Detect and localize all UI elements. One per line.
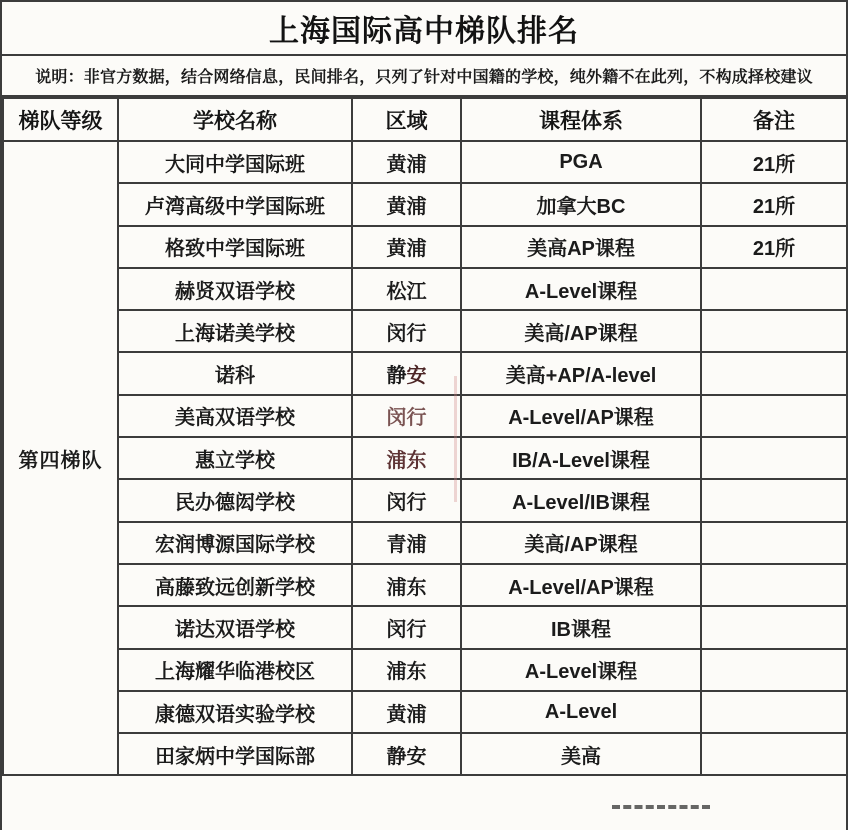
disclaimer-note: 说明：非官方数据，结合网络信息，民间排名，只列了针对中国籍的学校，纯外籍不在此列… — [2, 56, 846, 97]
note-cell: 21所 — [701, 183, 847, 225]
ranking-table: 梯队等级 学校名称 区域 课程体系 备注 第四梯队大同中学国际班黄浦PGA21所… — [2, 97, 848, 776]
school-cell: 上海耀华临港校区 — [118, 649, 352, 691]
note-cell: 21所 — [701, 226, 847, 268]
table-row: 上海诺美学校闵行美高/AP课程 — [3, 310, 847, 352]
school-cell: 民办德闳学校 — [118, 479, 352, 521]
curriculum-cell: 美高AP课程 — [461, 226, 701, 268]
region-cell: 黄浦 — [352, 183, 461, 225]
watermark-artifact — [612, 805, 710, 809]
table-row: 诺达双语学校闵行IB课程 — [3, 606, 847, 648]
curriculum-cell: 美高/AP课程 — [461, 310, 701, 352]
school-cell: 赫贤双语学校 — [118, 268, 352, 310]
note-cell — [701, 479, 847, 521]
ranking-sheet: 上海国际高中梯队排名 说明：非官方数据，结合网络信息，民间排名，只列了针对中国籍… — [0, 0, 848, 830]
table-body: 第四梯队大同中学国际班黄浦PGA21所卢湾高级中学国际班黄浦加拿大BC21所格致… — [3, 141, 847, 775]
bottom-strip — [2, 776, 846, 793]
note-cell — [701, 522, 847, 564]
curriculum-cell: PGA — [461, 141, 701, 183]
header-note: 备注 — [701, 98, 847, 141]
school-cell: 格致中学国际班 — [118, 226, 352, 268]
header-tier: 梯队等级 — [3, 98, 118, 141]
school-cell: 高藤致远创新学校 — [118, 564, 352, 606]
region-cell: 黄浦 — [352, 226, 461, 268]
note-cell: 21所 — [701, 141, 847, 183]
note-cell — [701, 310, 847, 352]
note-cell — [701, 733, 847, 775]
curriculum-cell: 美高+AP/A-level — [461, 352, 701, 394]
region-char: 静 — [387, 365, 407, 387]
header-curriculum: 课程体系 — [461, 98, 701, 141]
table-row: 民办德闳学校闵行A-Level/IB课程 — [3, 479, 847, 521]
tier-cell: 第四梯队 — [3, 141, 118, 775]
school-cell: 大同中学国际班 — [118, 141, 352, 183]
region-cell: 松江 — [352, 268, 461, 310]
region-cell: 闵行 — [352, 395, 461, 437]
region-cell: 闵行 — [352, 310, 461, 352]
header-row: 梯队等级 学校名称 区域 课程体系 备注 — [3, 98, 847, 141]
region-cell: 静安 — [352, 733, 461, 775]
school-cell: 卢湾高级中学国际班 — [118, 183, 352, 225]
school-cell: 诺科 — [118, 352, 352, 394]
curriculum-cell: A-Level/IB课程 — [461, 479, 701, 521]
curriculum-cell: 美高 — [461, 733, 701, 775]
region-cell: 闵行 — [352, 479, 461, 521]
title-band: 上海国际高中梯队排名 — [2, 2, 846, 56]
table-row: 上海耀华临港校区浦东A-Level课程 — [3, 649, 847, 691]
region-cell: 浦东 — [352, 564, 461, 606]
note-cell — [701, 268, 847, 310]
school-cell: 宏润博源国际学校 — [118, 522, 352, 564]
table-row: 赫贤双语学校松江A-Level课程 — [3, 268, 847, 310]
curriculum-cell: 加拿大BC — [461, 183, 701, 225]
table-row: 田家炳中学国际部静安美高 — [3, 733, 847, 775]
curriculum-cell: A-Level — [461, 691, 701, 733]
table-row: 格致中学国际班黄浦美高AP课程21所 — [3, 226, 847, 268]
note-cell — [701, 352, 847, 394]
watermark-remnant-line — [454, 376, 457, 502]
region-cell: 闵行 — [352, 606, 461, 648]
school-cell: 美高双语学校 — [118, 395, 352, 437]
school-cell: 上海诺美学校 — [118, 310, 352, 352]
table-row: 第四梯队大同中学国际班黄浦PGA21所 — [3, 141, 847, 183]
school-cell: 田家炳中学国际部 — [118, 733, 352, 775]
school-cell: 康德双语实验学校 — [118, 691, 352, 733]
region-cell: 静安 — [352, 352, 461, 394]
school-cell: 惠立学校 — [118, 437, 352, 479]
table-row: 卢湾高级中学国际班黄浦加拿大BC21所 — [3, 183, 847, 225]
table-row: 高藤致远创新学校浦东A-Level/AP课程 — [3, 564, 847, 606]
region-cell: 黄浦 — [352, 141, 461, 183]
region-cell: 浦东 — [352, 437, 461, 479]
curriculum-cell: IB课程 — [461, 606, 701, 648]
curriculum-cell: A-Level/AP课程 — [461, 395, 701, 437]
curriculum-cell: 美高/AP课程 — [461, 522, 701, 564]
region-char: 安 — [407, 365, 427, 387]
note-cell — [701, 649, 847, 691]
header-region: 区域 — [352, 98, 461, 141]
table-row: 康德双语实验学校黄浦A-Level — [3, 691, 847, 733]
curriculum-cell: A-Level课程 — [461, 649, 701, 691]
table-row: 美高双语学校闵行A-Level/AP课程 — [3, 395, 847, 437]
curriculum-cell: A-Level课程 — [461, 268, 701, 310]
curriculum-cell: A-Level/AP课程 — [461, 564, 701, 606]
table-row: 诺科静安美高+AP/A-level — [3, 352, 847, 394]
note-cell — [701, 395, 847, 437]
note-cell — [701, 437, 847, 479]
region-cell: 青浦 — [352, 522, 461, 564]
page-title: 上海国际高中梯队排名 — [269, 6, 579, 50]
note-cell — [701, 691, 847, 733]
table-row: 宏润博源国际学校青浦美高/AP课程 — [3, 522, 847, 564]
note-cell — [701, 606, 847, 648]
region-cell: 浦东 — [352, 649, 461, 691]
curriculum-cell: IB/A-Level课程 — [461, 437, 701, 479]
table-row: 惠立学校浦东IB/A-Level课程 — [3, 437, 847, 479]
note-cell — [701, 564, 847, 606]
school-cell: 诺达双语学校 — [118, 606, 352, 648]
header-school: 学校名称 — [118, 98, 352, 141]
region-cell: 黄浦 — [352, 691, 461, 733]
